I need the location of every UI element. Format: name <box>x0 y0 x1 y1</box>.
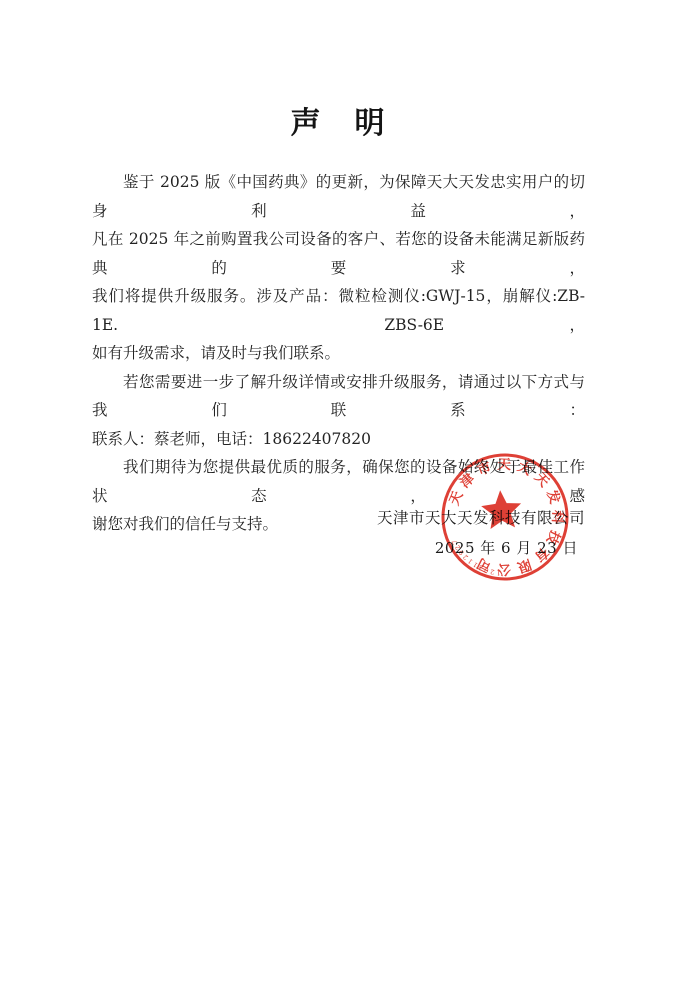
page-title: 声 明 <box>92 98 585 142</box>
body-line: 凡在 2025 年之前购置我公司设备的客户、若您的设备未能满足新版药典的要求， <box>92 225 585 282</box>
body-line: 鉴于 2025 版《中国药典》的更新，为保障天大天发忠实用户的切身利益， <box>92 168 585 225</box>
body-line: 我们将提供升级服务。涉及产品：微粒检测仪:GWJ-15，崩解仪:ZB-1E. Z… <box>92 282 585 339</box>
company-seal-stamp: 天津市天大天发科技有限公司 1202112927 <box>420 432 591 603</box>
body-line: 如有升级需求，请及时与我们联系。 <box>92 339 585 368</box>
document-page: 声 明 鉴于 2025 版《中国药典》的更新，为保障天大天发忠实用户的切身利益，… <box>0 0 676 999</box>
seal-star-icon <box>480 489 523 530</box>
body-line: 若您需要进一步了解升级详情或安排升级服务，请通过以下方式与我们联系： <box>92 368 585 425</box>
